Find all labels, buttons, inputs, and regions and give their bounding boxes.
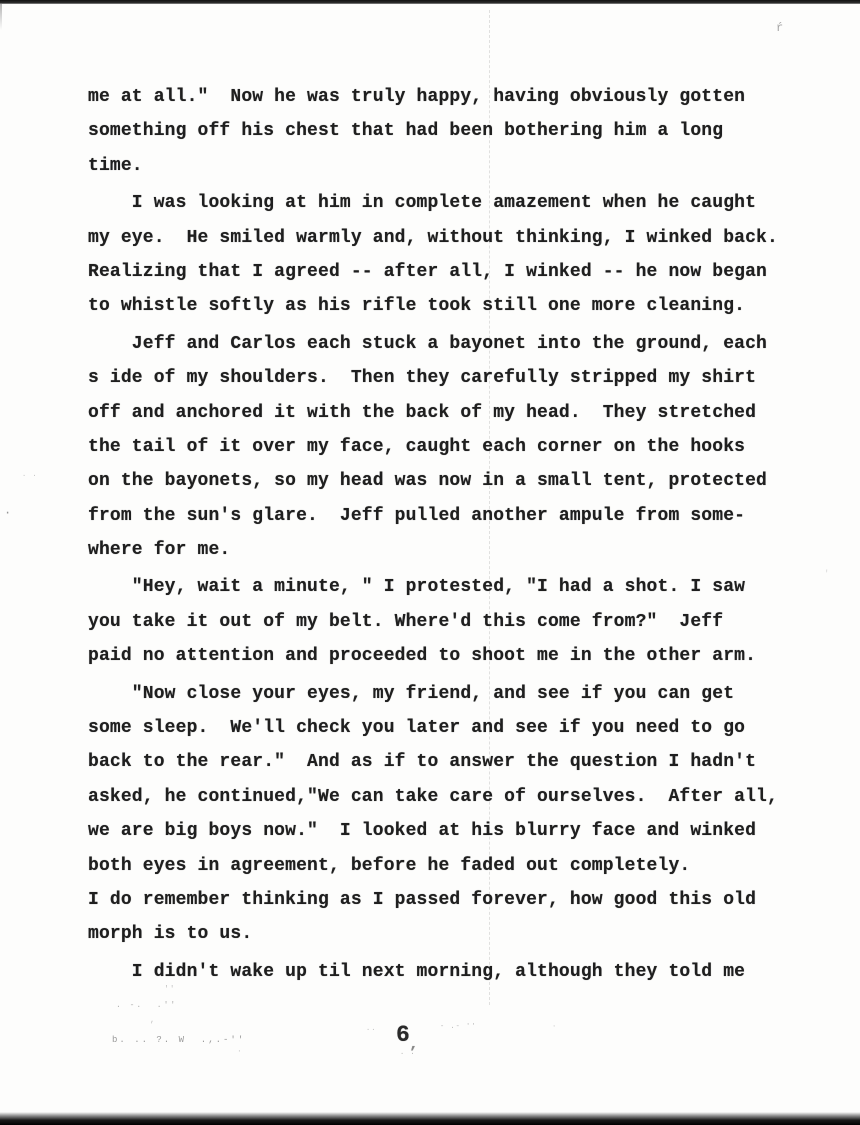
text-line: to whistle softly as his rifle took stil…	[88, 289, 808, 323]
text-line: you take it out of my belt. Where'd this…	[88, 605, 808, 639]
ink-smudge: b. .. ?. W .,.-''	[112, 1036, 245, 1045]
ink-smudge: . -. .''	[116, 1002, 177, 1010]
paragraph: "Now close your eyes, my friend, and see…	[88, 677, 808, 952]
ink-smudge: . .	[22, 472, 38, 479]
ink-smudge: .	[190, 648, 198, 661]
ink-smudge: ,	[150, 1017, 155, 1025]
scan-edge-top	[0, 0, 860, 4]
text-line: both eyes in agreement, before he faded …	[88, 849, 808, 883]
ink-smudge: . .	[400, 1050, 416, 1057]
text-line: Jeff and Carlos each stuck a bayonet int…	[88, 327, 808, 361]
scan-edge-left	[0, 4, 2, 30]
ink-smudge: ŕ	[776, 22, 783, 34]
text-line: some sleep. We'll check you later and se…	[88, 711, 808, 745]
text-line: I was looking at him in complete amazeme…	[88, 186, 808, 220]
text-line: where for me.	[88, 533, 808, 567]
text-line: the tail of it over my face, caught each…	[88, 430, 808, 464]
text-line: "Hey, wait a minute, " I protested, "I h…	[88, 570, 808, 604]
ink-smudge: '	[824, 570, 829, 579]
text-line: morph is to us.	[88, 917, 808, 951]
paragraph: I was looking at him in complete amazeme…	[88, 186, 808, 324]
page-text: me at all." Now he was truly happy, havi…	[88, 80, 808, 989]
text-line: off and anchored it with the back of my …	[88, 396, 808, 430]
text-line: on the bayonets, so my head was now in a…	[88, 464, 808, 498]
ink-smudge: ·	[4, 507, 11, 519]
page-number-value: 6	[396, 1022, 410, 1048]
scan-edge-bottom	[0, 1112, 860, 1125]
text-line: we are big boys now." I looked at his bl…	[88, 814, 808, 848]
ink-smudge: ·	[237, 1048, 242, 1056]
text-line: me at all." Now he was truly happy, havi…	[88, 80, 808, 114]
text-line: back to the rear." And as if to answer t…	[88, 745, 808, 779]
ink-smudge: ''	[164, 986, 176, 994]
ink-smudge: - .- ''	[440, 1024, 476, 1031]
text-line: asked, he continued,"We can take care of…	[88, 780, 808, 814]
text-line: I didn't wake up til next morning, altho…	[88, 955, 808, 989]
paragraph: me at all." Now he was truly happy, havi…	[88, 80, 808, 183]
text-line: "Now close your eyes, my friend, and see…	[88, 677, 808, 711]
text-line: time.	[88, 149, 808, 183]
paragraph: I didn't wake up til next morning, altho…	[88, 955, 808, 989]
scanned-page: me at all." Now he was truly happy, havi…	[0, 0, 860, 1125]
text-line: s ide of my shoulders. Then they careful…	[88, 361, 808, 395]
ink-smudge: ..	[366, 1026, 376, 1033]
text-line: my eye. He smiled warmly and, without th…	[88, 221, 808, 255]
text-line: something off his chest that had been bo…	[88, 114, 808, 148]
text-line: from the sun's glare. Jeff pulled anothe…	[88, 499, 808, 533]
page-number: 6‚	[396, 1022, 419, 1048]
paragraph: Jeff and Carlos each stuck a bayonet int…	[88, 327, 808, 568]
text-line: Realizing that I agreed -- after all, I …	[88, 255, 808, 289]
text-line: I do remember thinking as I passed forev…	[88, 883, 808, 917]
ink-smudge: '	[552, 1026, 556, 1033]
